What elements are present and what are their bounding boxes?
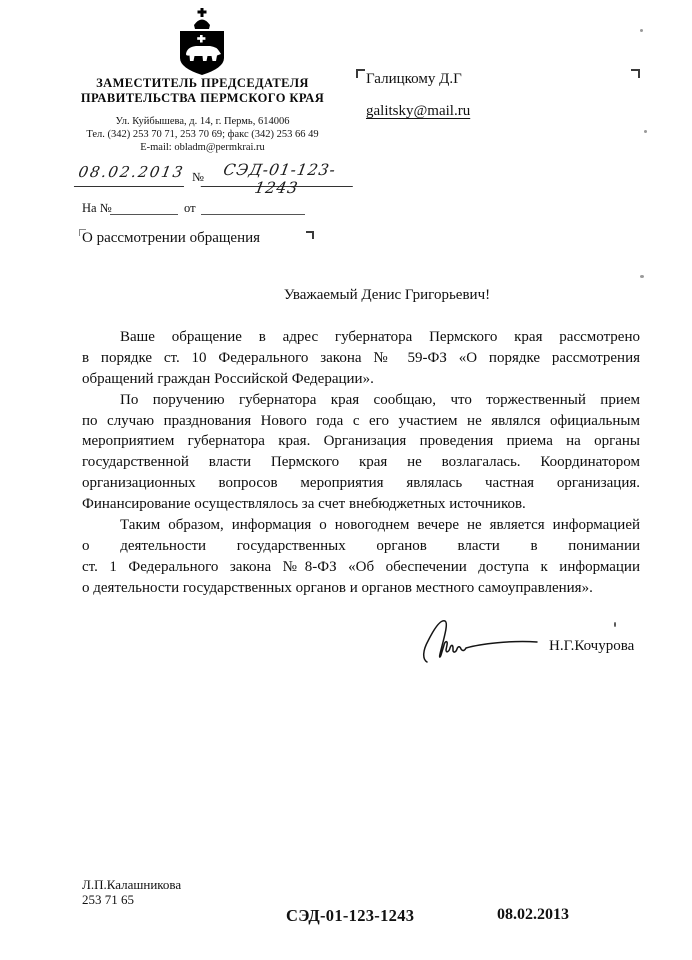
handwritten-signature-icon xyxy=(420,612,542,668)
recipient-email: galitsky@mail.ru xyxy=(366,103,470,120)
org-name-line1: ЗАМЕСТИТЕЛЬ ПРЕДСЕДАТЕЛЯ xyxy=(45,76,360,91)
org-phone: Тел. (342) 253 70 71, 253 70 69; факс (3… xyxy=(45,129,360,140)
footer-doc-date: 08.02.2013 xyxy=(497,906,569,924)
scan-speck xyxy=(614,622,616,627)
perm-krai-coat-of-arms-icon xyxy=(177,8,227,76)
body-text-line: мероприятием губернатора края. Организац… xyxy=(82,431,640,452)
footer-doc-number: СЭД-01-123-1243 xyxy=(286,906,414,926)
body-text-line: ст. 1 Федерального закона №8-ФЗ «Об обес… xyxy=(82,557,640,578)
body-text-line: о деятельности государственных органов и… xyxy=(82,578,640,599)
body-text-line: По поручению губернатора края сообщаю, ч… xyxy=(82,390,640,411)
letter-body: Ваше обращение в адрес губернатора Пермс… xyxy=(82,327,640,599)
recipient-name: Галицкому Д.Г xyxy=(366,71,462,88)
corner-mark-subject-right xyxy=(306,231,314,239)
body-text-line: Таким образом, информация о новогоднем в… xyxy=(82,515,640,536)
corner-mark-recipient-left xyxy=(356,69,365,78)
org-name-line2: ПРАВИТЕЛЬСТВА ПЕРМСКОГО КРАЯ xyxy=(45,91,360,106)
body-text-line: Финансирование осуществлялось за счет вн… xyxy=(82,494,640,515)
body-text-line: обращений граждан Российской Федерации». xyxy=(82,369,640,390)
salutation: Уважаемый Денис Григорьевич! xyxy=(82,287,640,304)
reply-date-blank-line xyxy=(201,201,305,215)
corner-mark-recipient-right xyxy=(631,69,640,78)
body-text-line: государственной власти Пермского края не… xyxy=(82,452,640,473)
body-text-line: организационных вопросов мероприятия явл… xyxy=(82,473,640,494)
scanned-letter-page: ЗАМЕСТИТЕЛЬ ПРЕДСЕДАТЕЛЯ ПРАВИТЕЛЬСТВА П… xyxy=(0,0,692,960)
reply-to-number-label: На № xyxy=(82,201,112,216)
scan-speck xyxy=(644,130,647,133)
scan-speck xyxy=(640,29,643,32)
executor-name: Л.П.Калашникова xyxy=(82,877,181,893)
handwritten-date: 08.02.2013 xyxy=(74,163,188,187)
body-text-line: в порядке ст. 10 Федерального закона № 5… xyxy=(82,348,640,369)
executor-phone: 253 71 65 xyxy=(82,892,134,908)
subject-line: О рассмотрении обращения xyxy=(82,230,260,247)
handwritten-doc-number: СЭД-01-123-1243 xyxy=(201,161,358,187)
scan-speck xyxy=(640,275,644,278)
body-text-line: о деятельности государственных органов в… xyxy=(82,536,640,557)
body-text-line: по случаю празднования Нового года с его… xyxy=(82,411,640,432)
org-email: E-mail: obladm@permkrai.ru xyxy=(45,142,360,153)
body-text-line: Ваше обращение в адрес губернатора Пермс… xyxy=(82,327,640,348)
reply-from-label: от xyxy=(184,201,196,216)
org-address: Ул. Куйбышева, д. 14, г. Пермь, 614006 xyxy=(45,116,360,127)
reply-number-blank-line xyxy=(110,201,178,215)
signer-name: Н.Г.Кочурова xyxy=(549,638,634,655)
